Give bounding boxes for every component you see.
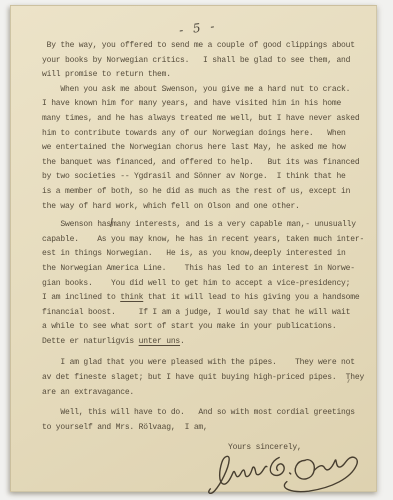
letter-paragraph: I am glad that you were pleased with the… [42, 356, 374, 400]
letter-line: are an extravagance. [42, 386, 374, 401]
letter-text: av det fineste slaget; but I have quit b… [42, 373, 364, 382]
letter-text: many interests, and is a very capable ma… [112, 220, 356, 229]
letter-text: a while to see what sort of start you ma… [42, 322, 336, 331]
letter-line: we entertained the Norwegian chorus here… [42, 141, 374, 156]
letter-text: Swenson has [42, 220, 111, 229]
letter-text: the banquet was financed, and offered to… [42, 158, 359, 167]
letter-text: est in things Norwegian. He is, as you k… [42, 249, 346, 258]
letter-paragraph: When you ask me about Swenson, you give … [42, 83, 374, 214]
letter-text: When you ask me about Swenson, you give … [42, 85, 350, 94]
letter-text: is a member of both, so he did as much a… [42, 187, 350, 196]
letter-line: is a member of both, so he did as much a… [42, 185, 374, 200]
letter-page: - 5 - By the way, you offered to send me… [10, 5, 377, 492]
letter-line: the way of hard work, which fell on Olso… [42, 200, 374, 215]
letter-text: gian books. You did well to get him to a… [42, 279, 350, 288]
letter-text: . [180, 337, 185, 346]
letter-line: to yourself and Mrs. Rölvaag, I am, [42, 421, 374, 436]
letter-line: Dette er naturligvis unter uns. [42, 335, 374, 350]
letter-text: financial boost. If I am a judge, I woul… [42, 308, 350, 317]
letter-line: the banquet was financed, and offered to… [42, 156, 374, 171]
letter-text: capable. As you may know, he has in rece… [42, 235, 364, 244]
letter-text: Well, this will have to do. And so with … [42, 408, 355, 417]
letter-body: By the way, you offered to send me a cou… [42, 39, 374, 456]
letter-text: by two societies -- Ygdrasil and Sönner … [42, 172, 346, 181]
letter-text: will promise to return them. [42, 70, 171, 79]
letter-line: est in things Norwegian. He is, as you k… [42, 247, 374, 262]
underlined-text: think [120, 293, 143, 302]
letter-line: many times, and he has always treated me… [42, 112, 374, 127]
letter-paragraph: By the way, you offered to send me a cou… [42, 39, 374, 83]
letter-line: the Norwegian America Line. This has led… [42, 262, 374, 277]
letter-text: are an extravagance. [42, 388, 134, 397]
letter-line: a while to see what sort of start you ma… [42, 320, 374, 335]
letter-text: to yourself and Mrs. Rölvaag, I am, [42, 423, 208, 432]
letter-line: When you ask me about Swenson, you give … [42, 83, 374, 98]
letter-text: many times, and he has always treated me… [42, 114, 359, 123]
handwritten-page-number: - 5 - [178, 19, 218, 38]
letter-text: him to contribute towards any of our Nor… [42, 129, 346, 138]
letter-text: the way of hard work, which fell on Olso… [42, 202, 300, 211]
letter-line: I am inclined to think that it will lead… [42, 291, 374, 306]
letter-line: Swenson hasmany interests, and is a very… [42, 218, 374, 233]
letter-text: that it will lead to his giving you a ha… [143, 293, 359, 302]
letter-line: gian books. You did well to get him to a… [42, 277, 374, 292]
letter-line: I have known him for many years, and hav… [42, 97, 374, 112]
letter-paragraph: Well, this will have to do. And so with … [42, 406, 374, 435]
letter-text: By the way, you offered to send me a cou… [42, 41, 355, 50]
letter-paragraph: Swenson hasmany interests, and is a very… [42, 218, 374, 349]
letter-text: Dette er naturligvis [42, 337, 139, 346]
letter-line: will promise to return them. [42, 68, 374, 83]
letter-text: your books by Norwegian critics. I shall… [42, 56, 350, 65]
letter-text: we entertained the Norwegian chorus here… [42, 143, 346, 152]
letter-line: your books by Norwegian critics. I shall… [42, 54, 374, 69]
letter-text: the Norwegian America Line. This has led… [42, 264, 355, 273]
underlined-text: unter uns [139, 337, 180, 346]
letter-line: By the way, you offered to send me a cou… [42, 39, 374, 54]
letter-text: I have known him for many years, and hav… [42, 99, 341, 108]
letter-line: I am glad that you were pleased with the… [42, 356, 374, 371]
letter-text: I am glad that you were pleased with the… [42, 358, 355, 367]
letter-text: I am inclined to [42, 293, 120, 302]
handwritten-signature [202, 440, 364, 498]
letter-line: Well, this will have to do. And so with … [42, 406, 374, 421]
letter-line: him to contribute towards any of our Nor… [42, 127, 374, 142]
letter-line: financial boost. If I am a judge, I woul… [42, 306, 374, 321]
letter-line: capable. As you may know, he has in rece… [42, 233, 374, 248]
letter-line: by two societies -- Ygdrasil and Sönner … [42, 170, 374, 185]
letter-line: av det fineste slaget; but I have quit b… [42, 371, 374, 386]
